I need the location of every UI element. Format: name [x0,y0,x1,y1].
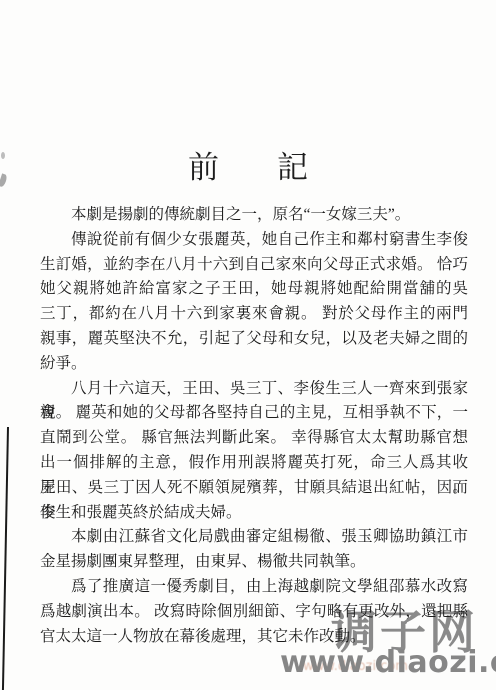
text-line: 爲越劇演出本。 改寫時除個別細節、字句略有更改外，還把縣 [40,600,468,625]
text-line: 傳說從前有個少女張麗英，她自己作主和鄰村窮書生李俊 [40,228,468,253]
page-title-char-right: 記 [277,150,308,186]
text-line: 生訂婚，並約李在八月十六到自己家來向父母正式求婚。 恰巧 [40,253,468,278]
page-title-char-left: 前 [188,150,219,186]
paragraph: 傳說從前有個少女張麗英，她自己作主和鄰村窮書生李俊生訂婚，並約李在八月十六到自己… [40,228,468,377]
watermark-site-url: www.diaozi.com [280,647,494,679]
text-line: 俊生和張麗英終於結成夫婦。 [40,501,468,526]
paragraph: 八月十六這天，王田、吳三丁、李俊生三人一齊來到張家會親。 麗英和她的父母都各堅持… [40,377,468,526]
paragraph: 本劇由江蘇省文化局戲曲審定組楊徹、張玉卿協助鎮江市金星揚劇團東昇整理，由東昇、楊… [40,525,468,575]
text-line: 官太太這一人物放在幕後處理，其它未作改動。 [40,625,468,650]
preface-body: 本劇是揚劇的傳統劇目之一，原名“一女嫁三夫”。傳說從前有個少女張麗英，她自己作主… [40,203,468,649]
paragraph: 爲了推廣這一優秀劇目，由上海越劇院文學組邵慕水改寫爲越劇演出本。 改寫時除個別細… [40,575,468,649]
text-line: 王田、吳三丁因人死不願領屍殯葬，甘願具結退出紅帖，因而李 [40,476,468,501]
text-line: 直鬧到公堂。 縣官無法判斷此案。 幸得縣官太太幫助縣官想 [40,426,468,451]
paragraph: 本劇是揚劇的傳統劇目之一，原名“一女嫁三夫”。 [40,203,468,228]
text-line: 她父親將她許給富家之子王田，她母親將她配給開當舖的吳 [40,277,468,302]
text-line: 爲了推廣這一優秀劇目，由上海越劇院文學組邵慕水改寫 [40,575,468,600]
text-line: 親。 麗英和她的父母都各堅持自己的主見，互相爭執不下，一 [40,401,468,426]
text-line: 八月十六這天，王田、吳三丁、李俊生三人一齊來到張家會 [40,377,468,402]
text-line: 親事，麗英堅決不允，引起了父母和女兒，以及老夫婦之間的 [40,327,468,352]
text-line: 紛爭。 [40,352,468,377]
scanned-book-page: www.diaozi.com 调子网 www.diaozi.com 前 記 本劇… [0,0,496,690]
text-line: 本劇是揚劇的傳統劇目之一，原名“一女嫁三夫”。 [40,203,468,228]
text-line: 金星揚劇團東昇整理，由東昇、楊徹共同執筆。 [40,550,468,575]
text-line: 三丁，都約在八月十六到家裏來會親。 對於父母作主的兩門 [40,302,468,327]
text-line: 出一個排解的主意，假作用刑誤將麗英打死，命三人爲其收屍。 [40,451,468,476]
page-title: 前 記 [0,150,496,186]
text-line: 本劇由江蘇省文化局戲曲審定組楊徹、張玉卿協助鎮江市 [40,525,468,550]
page-binding-line [2,427,9,690]
